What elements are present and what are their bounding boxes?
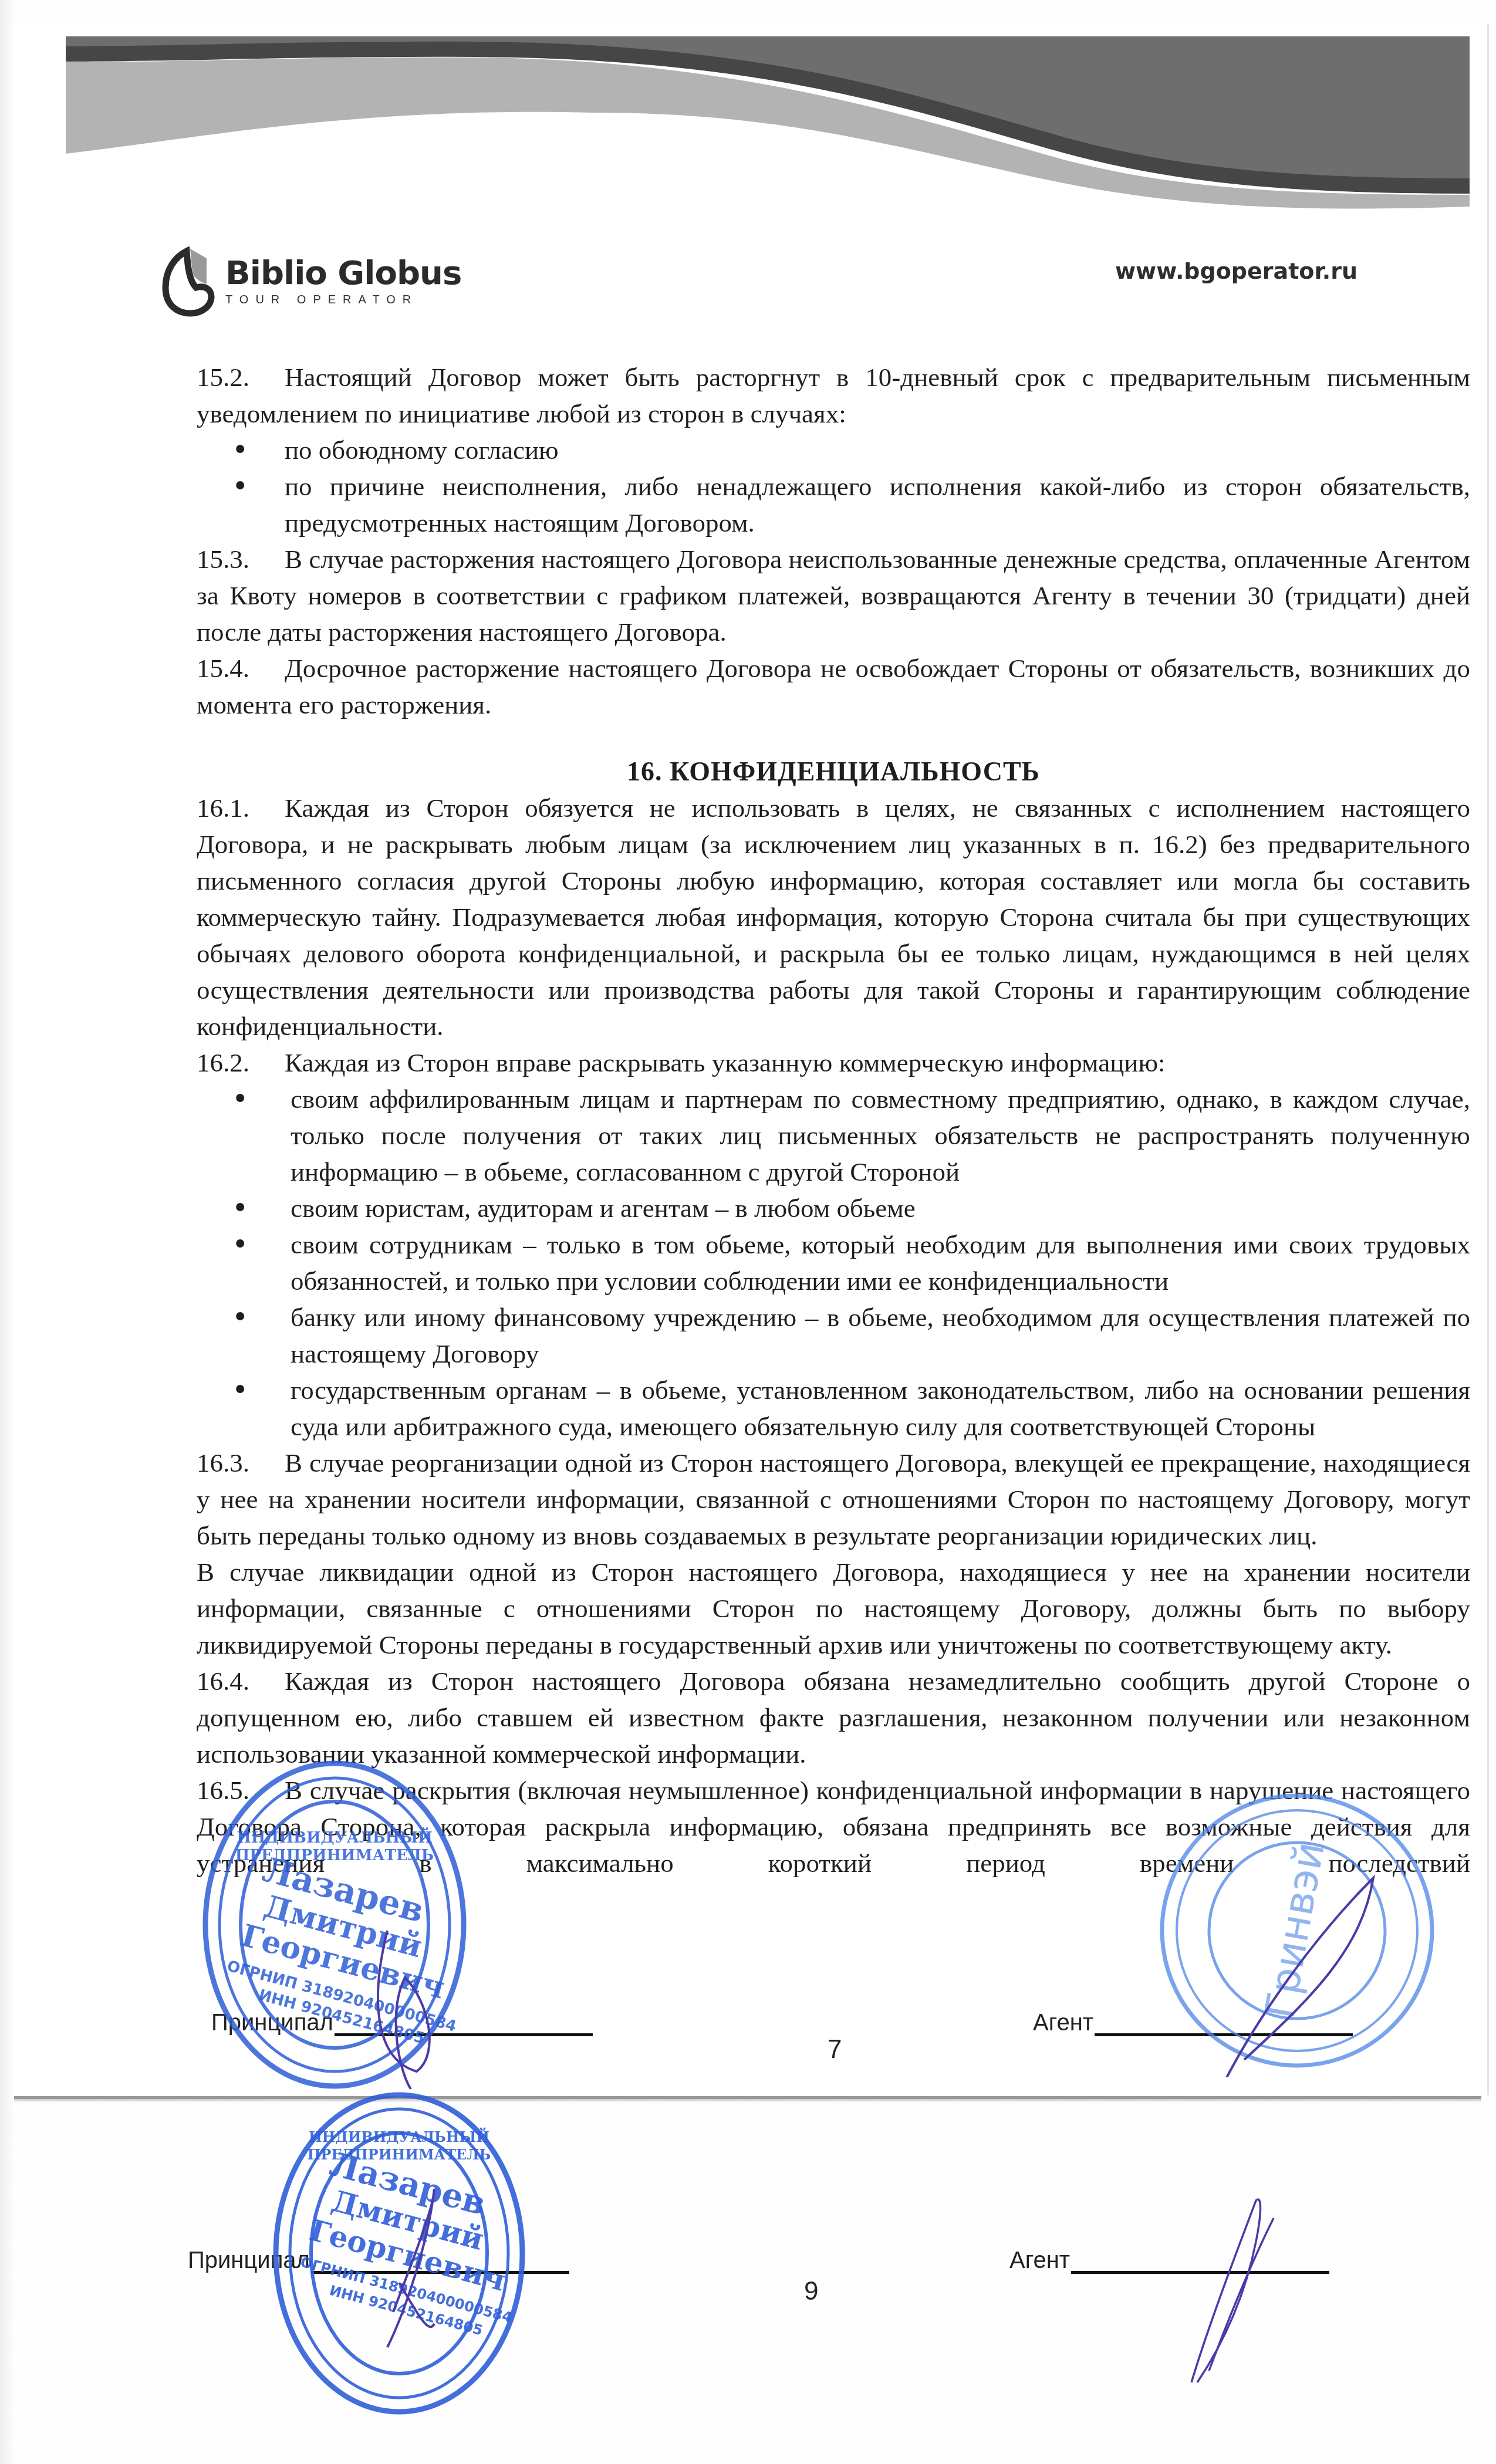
clause-number: 15.3.: [197, 541, 285, 577]
clause-number: 15.2.: [197, 359, 285, 396]
agent-signature-line: [1095, 2007, 1353, 2036]
clause-15-4: 15.4.Досрочное расторжение настоящего До…: [197, 650, 1470, 723]
bullet-list-15-2: по обоюдному согласию по причине неиспол…: [197, 432, 1470, 541]
clause-number: 16.2.: [197, 1045, 285, 1081]
clause-number: 16.3.: [197, 1445, 285, 1481]
clause-text: Настоящий Договор может быть расторгнут …: [197, 363, 1470, 428]
principal-signature-line: [335, 2007, 593, 2036]
list-item: по причине неисполнения, либо ненадлежащ…: [197, 468, 1470, 541]
clause-text: В случае ликвидации одной из Сторон наст…: [197, 1557, 1470, 1659]
brand-logo: Biblio Globus TOUR OPERATOR: [157, 246, 461, 317]
clause-16-4: 16.4.Каждая из Сторон настоящего Договор…: [197, 1663, 1470, 1772]
agent-label: Агент: [1009, 2247, 1070, 2274]
agent-signature-field: Агент: [1033, 2007, 1353, 2036]
document-page-9: [14, 2096, 1481, 2464]
clause-number: 16.4.: [197, 1663, 285, 1699]
clause-15-2: 15.2.Настоящий Договор может быть растор…: [197, 359, 1470, 432]
clause-16-1: 16.1.Каждая из Сторон обязуется не испол…: [197, 790, 1470, 1045]
signature-row-page-9: Принципал Агент: [188, 2233, 1362, 2274]
bullet-list-16-2: своим аффилированным лицам и партнерам п…: [197, 1081, 1470, 1445]
list-item: своим аффилированным лицам и партнерам п…: [197, 1081, 1470, 1190]
signature-row-page-7: Принципал Агент: [211, 1995, 1385, 2036]
list-item: своим юристам, аудиторам и агентам – в л…: [197, 1190, 1470, 1226]
section-title: 16. КОНФИДЕНЦИАЛЬНОСТЬ: [197, 753, 1470, 790]
list-item: по обоюдному согласию: [197, 432, 1470, 468]
list-item: государственным органам – в обьеме, уста…: [197, 1372, 1470, 1445]
header-wave-band: [66, 36, 1470, 212]
clause-text: В случае реорганизации одной из Сторон н…: [197, 1448, 1470, 1550]
clause-16-2: 16.2.Каждая из Сторон вправе раскрывать …: [197, 1045, 1470, 1081]
clause-number: 15.4.: [197, 650, 285, 687]
principal-signature-field: Принципал: [188, 2245, 569, 2274]
list-item: своим сотрудникам – только в том обьеме,…: [197, 1226, 1470, 1299]
document-body: 15.2.Настоящий Договор может быть растор…: [197, 359, 1470, 1881]
clause-16-3: 16.3.В случае реорганизации одной из Сто…: [197, 1445, 1470, 1554]
clause-text: Каждая из Сторон настоящего Договора обя…: [197, 1667, 1470, 1769]
clause-16-3-liquidation: В случае ликвидации одной из Сторон наст…: [197, 1554, 1470, 1663]
clause-16-5: 16.5.В случае раскрытия (включая неумышл…: [197, 1772, 1470, 1881]
page-fold-shadow: [14, 2099, 1481, 2103]
principal-signature-line: [311, 2245, 569, 2274]
page-number: 9: [804, 2277, 818, 2306]
clause-number: 16.5.: [197, 1772, 285, 1809]
principal-label: Принципал: [188, 2247, 310, 2274]
page-number: 7: [828, 2035, 842, 2064]
clause-text: В случае расторжения настоящего Договора…: [197, 545, 1470, 647]
agent-signature-line: [1071, 2245, 1329, 2274]
scan-edge: [0, 0, 14, 2464]
clause-15-3: 15.3.В случае расторжения настоящего Дог…: [197, 541, 1470, 650]
brand-tagline: TOUR OPERATOR: [225, 292, 461, 308]
principal-signature-field: Принципал: [211, 2007, 593, 2036]
website-url: www.bgoperator.ru: [1115, 258, 1357, 284]
clause-text: В случае раскрытия (включая неумышленное…: [197, 1776, 1470, 1878]
clause-text: Каждая из Сторон вправе раскрывать указа…: [285, 1048, 1166, 1077]
brand-name: Biblio Globus: [225, 255, 461, 292]
clause-text: Каждая из Сторон обязуется не использова…: [197, 793, 1470, 1041]
list-item: банку или иному финансовому учреждению –…: [197, 1299, 1470, 1372]
biblio-globus-logo-icon: [157, 246, 216, 317]
clause-text: Досрочное расторжение настоящего Договор…: [197, 654, 1470, 719]
clause-number: 16.1.: [197, 790, 285, 826]
agent-signature-field: Агент: [1009, 2245, 1329, 2274]
principal-label: Принципал: [211, 2010, 333, 2036]
agent-label: Агент: [1033, 2010, 1093, 2036]
